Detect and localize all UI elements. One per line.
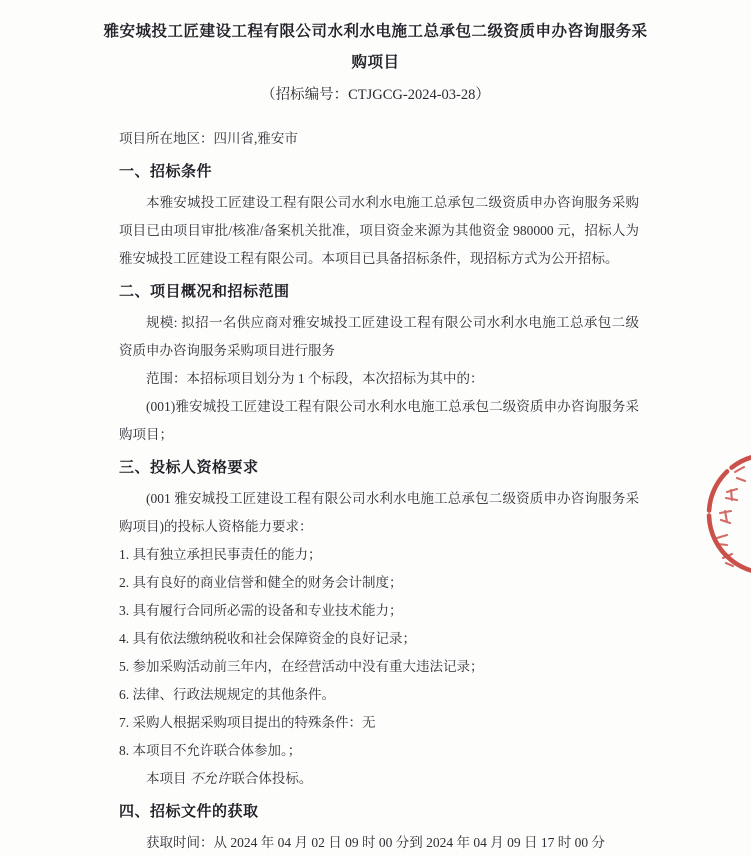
consortium-note-suffix: 联合体投标。	[231, 771, 312, 786]
qualification-item-4: 4. 具有依法缴纳税收和社会保障资金的良好记录；	[119, 625, 639, 653]
project-location: 项目所在地区：四川省,雅安市	[119, 125, 639, 153]
qualification-item-5: 5. 参加采购活动前三年内，在经营活动中没有重大违法记录；	[119, 653, 639, 681]
qualification-item-8: 8. 本项目不允许联合体参加。；	[119, 737, 639, 765]
official-seal-partial-icon	[705, 450, 751, 580]
title-line-2: 购项目	[90, 47, 661, 78]
consortium-note-prefix: 本项目	[146, 771, 190, 786]
title-line-1: 雅安城投工匠建设工程有限公司水利水电施工总承包二级资质申办咨询服务采	[90, 16, 661, 47]
lot-description: (001)雅安城投工匠建设工程有限公司水利水电施工总承包二级资质申办咨询服务采购…	[119, 393, 639, 449]
seal-glyph-marks	[717, 467, 745, 566]
qualification-item-1: 1. 具有独立承担民事责任的能力；	[119, 541, 639, 569]
qualification-intro: (001 雅安城投工匠建设工程有限公司水利水电施工总承包二级资质申办咨询服务采购…	[119, 485, 639, 541]
section-1-heading: 一、招标条件	[119, 157, 639, 187]
obtain-time: 获取时间：从 2024 年 04 月 02 日 09 时 00 分到 2024 …	[119, 829, 639, 857]
document-body: 项目所在地区：四川省,雅安市 一、招标条件 本雅安城投工匠建设工程有限公司水利水…	[119, 125, 639, 857]
section-2-heading: 二、项目概况和招标范围	[119, 277, 639, 307]
section-4-heading: 四、招标文件的获取	[119, 797, 639, 827]
qualification-item-7: 7. 采购人根据采购项目提出的特殊条件：无	[119, 709, 639, 737]
document-page: 雅安城投工匠建设工程有限公司水利水电施工总承包二级资质申办咨询服务采 购项目 （…	[0, 0, 751, 857]
qualification-item-3: 3. 具有履行合同所必需的设备和专业技术能力；	[119, 597, 639, 625]
tender-number: （招标编号：CTJGCG-2024-03-28）	[0, 81, 751, 110]
document-title: 雅安城投工匠建设工程有限公司水利水电施工总承包二级资质申办咨询服务采 购项目	[90, 16, 661, 78]
qualification-item-6: 6. 法律、行政法规规定的其他条件。	[119, 681, 639, 709]
project-scale: 规模: 拟招一名供应商对雅安城投工匠建设工程有限公司水利水电施工总承包二级资质申…	[119, 309, 639, 365]
section-3-heading: 三、投标人资格要求	[119, 453, 639, 483]
project-scope: 范围：本招标项目划分为 1 个标段，本次招标为其中的：	[119, 365, 639, 393]
consortium-note: 本项目 不允许联合体投标。	[119, 765, 639, 793]
consortium-note-emphasis: 不允许	[190, 771, 232, 786]
qualification-item-2: 2. 具有良好的商业信誉和健全的财务会计制度；	[119, 569, 639, 597]
tender-conditions-paragraph: 本雅安城投工匠建设工程有限公司水利水电施工总承包二级资质申办咨询服务采购项目已由…	[119, 189, 639, 273]
